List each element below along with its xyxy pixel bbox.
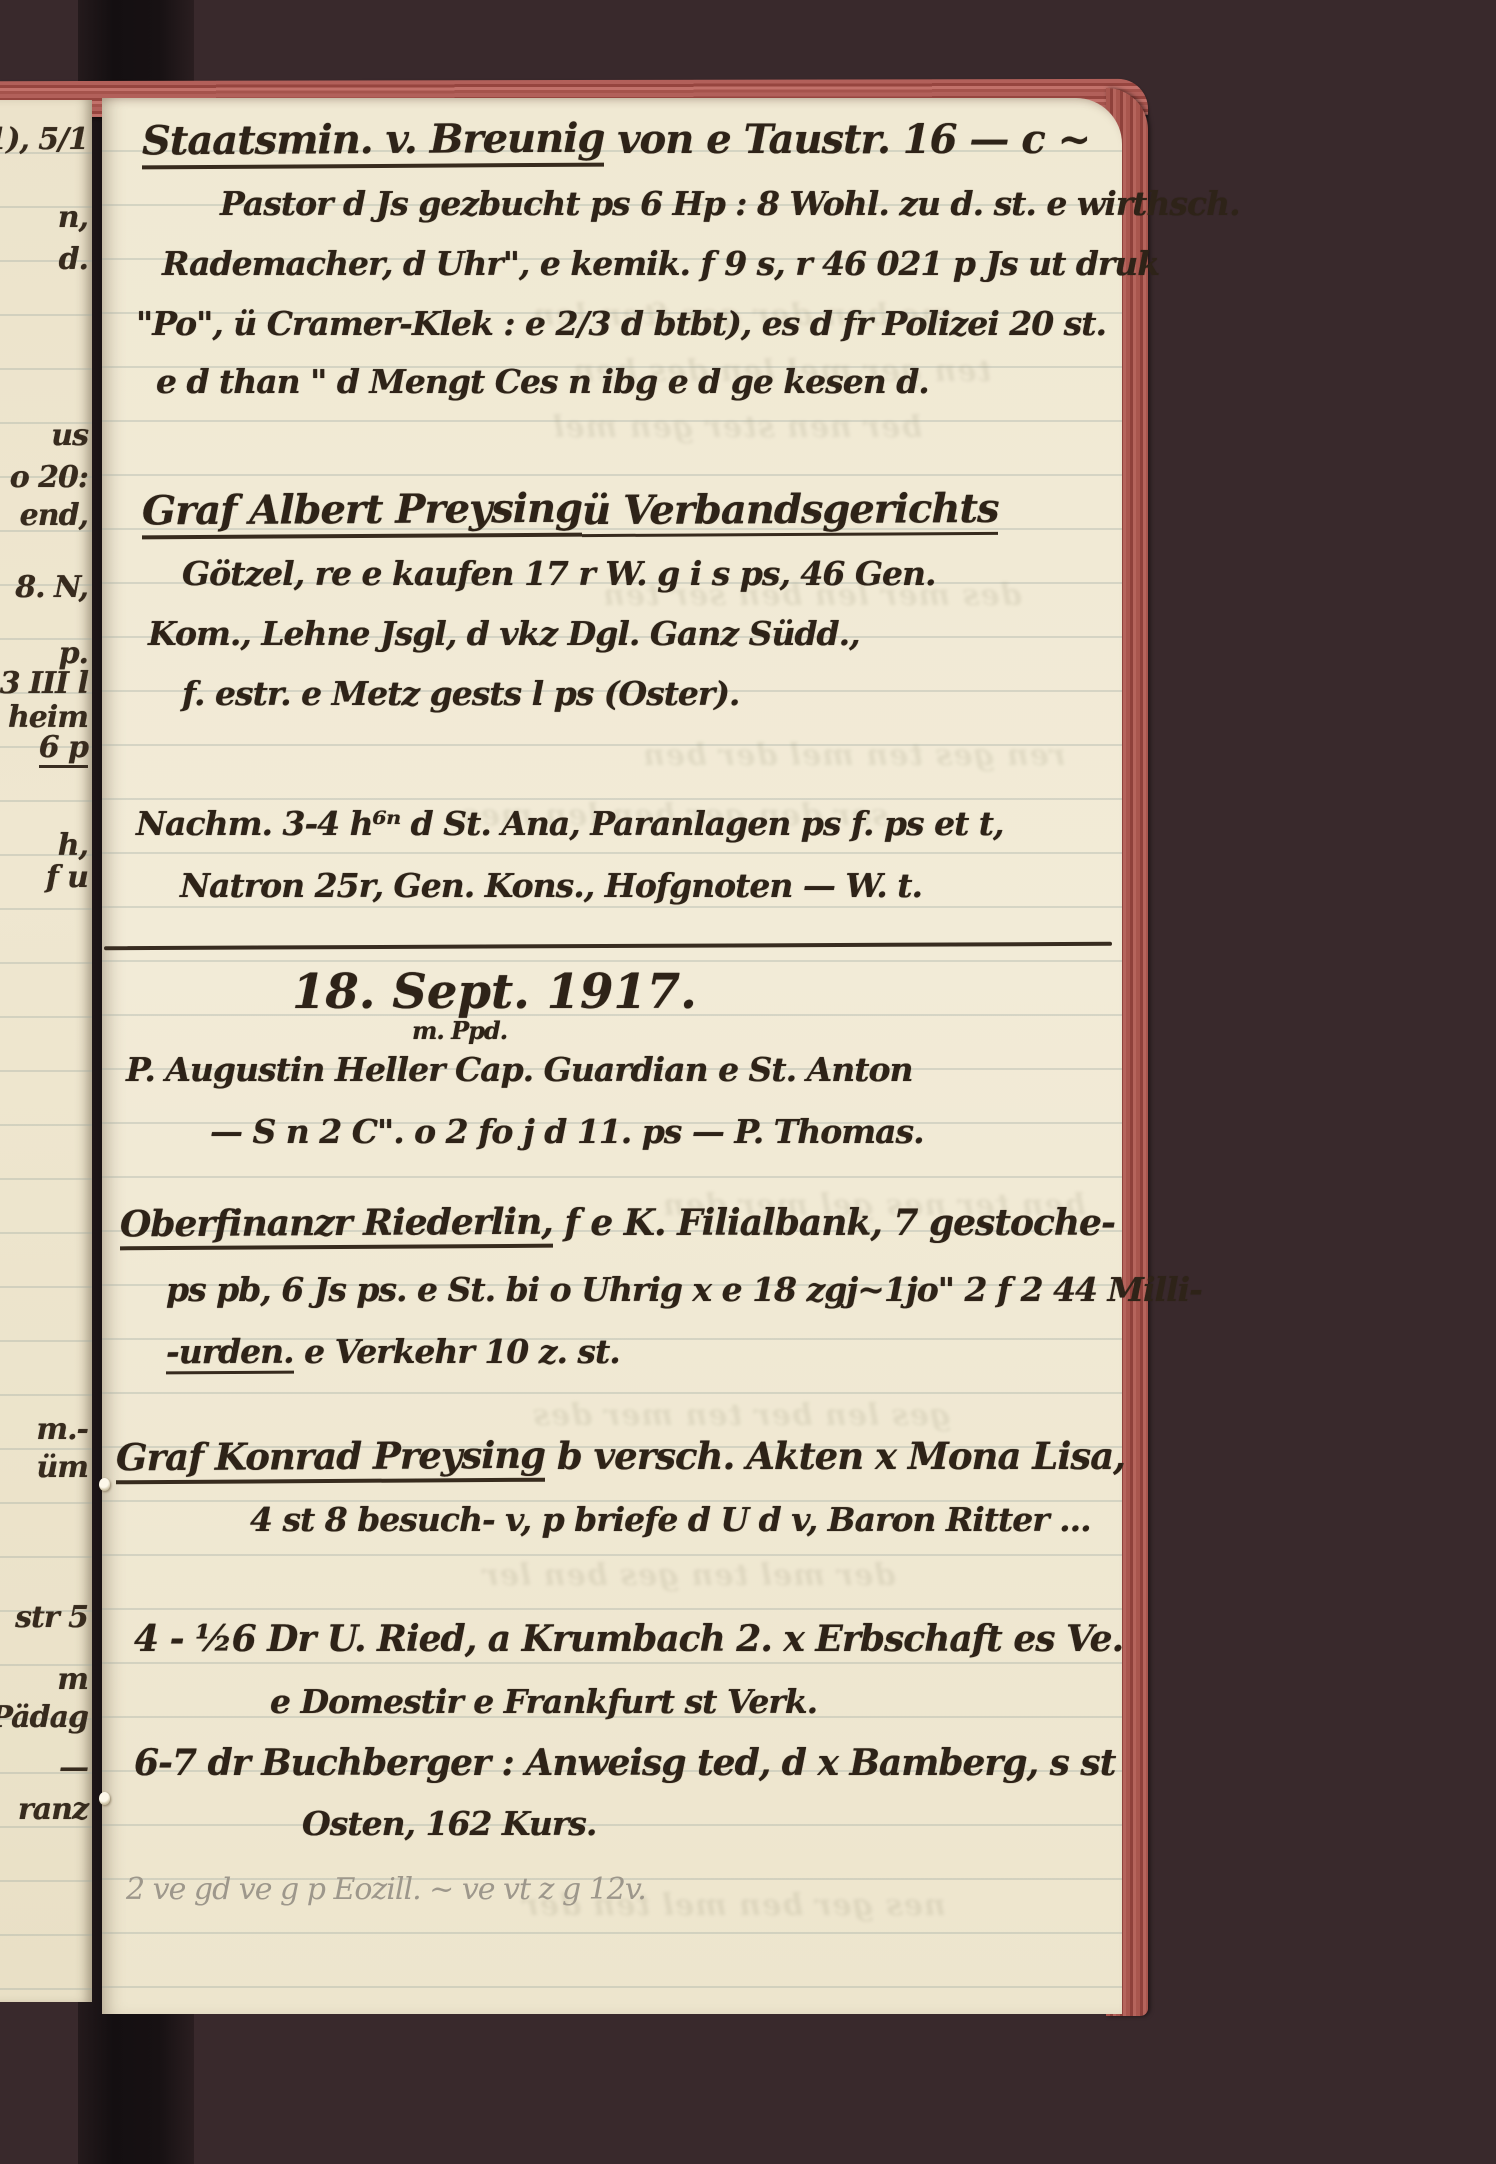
handwriting-line: Natron 25r, Gen. Kons., Hofgnoten — W. t…: [180, 866, 922, 905]
margin-fragment: h,: [58, 828, 88, 863]
margin-fragment: o 20:: [10, 460, 88, 495]
entry-riederlin-heading: Oberfinanzr Riederlin, f e K. Filialbank…: [120, 1202, 1115, 1249]
entry-konrad-preysing-name: Graf Konrad Preysing: [116, 1433, 545, 1485]
handwriting-line: Osten, 162 Kurs.: [302, 1804, 596, 1843]
margin-fragment: m.-: [36, 1412, 88, 1447]
entry-albert-preysing-heading: Graf Albert Preysing ü Verbandsgerichts: [142, 486, 999, 538]
entry-staatsmin-name: Staatsmin. v. Breunig: [142, 115, 604, 170]
handwriting-line: f. estr. e Metz gests l ps (Oster).: [182, 674, 739, 713]
handwriting-line: "Po", ü Cramer-Klek : e 2/3 d btbt), es …: [136, 304, 1106, 343]
entry-staatsmin-heading-rest: von e Taustr. 16 — c ~: [604, 116, 1090, 163]
entry-albert-preysing-heading-rest: ü Verbandsgerichts: [582, 485, 998, 537]
margin-fragment: str 5: [15, 1600, 88, 1635]
pencil-note: 2 ve gd ve g p Eozill. ~ ve vt z g 12v.: [126, 1872, 646, 1907]
ghost-text: ges len ber ten mer des: [532, 1398, 951, 1433]
handwriting-line: 4 - ½6 Dr U. Ried, a Krumbach 2. x Erbsc…: [134, 1618, 1123, 1660]
punch-hole: [99, 1478, 110, 1491]
margin-fragment: f u: [46, 860, 88, 895]
margin-fragment: 8. N,: [15, 570, 88, 605]
handwriting-line: 6-7 dr Buchberger : Anweisg ted, d x Bam…: [134, 1742, 1115, 1784]
margin-fragment: m: [57, 1662, 88, 1697]
handwriting-line: 4 st 8 besuch- v, p briefe d U d v, Baro…: [250, 1500, 1091, 1539]
entry-riederlin-name: Oberfinanzr Riederlin,: [120, 1201, 553, 1251]
margin-fragment: 1), 5/1: [0, 122, 88, 157]
margin-fragment: n,: [58, 200, 88, 235]
margin-fragment: üm: [36, 1450, 88, 1485]
handwriting-line: e Domestir e Frankfurt st Verk.: [270, 1682, 817, 1721]
underlined-word: -urden.: [166, 1332, 294, 1375]
margin-fragment: 6 p: [39, 730, 88, 768]
previous-page-edge: 1), 5/1 n, d. us o 20: end, 8. N, p. 23 …: [0, 100, 92, 2002]
handwriting-line: e d than " d Mengt Ces n ibg e d ge kese…: [156, 362, 929, 401]
entry-konrad-preysing-heading-rest: b versch. Akten x Mona Lisa,: [545, 1434, 1125, 1478]
ghost-text: ren ges ten mel der ben: [642, 738, 1066, 773]
handwriting-line: Götzel, re e kaufen 17 r W. g i s ps, 46…: [182, 554, 936, 593]
handwriting-line: ps pb, 6 Js ps. e St. bi o Uhrig x e 18 …: [166, 1270, 1202, 1309]
handwriting-line: Kom., Lehne Jsgl, d vkz Dgl. Ganz Südd.,: [148, 614, 860, 653]
entry-staatsmin-heading: Staatsmin. v. Breunig von e Taustr. 16 —…: [142, 116, 1090, 168]
handwriting-line: Rademacher, d Uhr", e kemik. f 9 s, r 46…: [162, 244, 1159, 283]
margin-fragment: Pädag: [0, 1700, 88, 1735]
entry-riederlin-heading-rest: f e K. Filialbank, 7 gestoche-: [553, 1202, 1115, 1244]
line-rest: e Verkehr 10 z. st.: [294, 1332, 620, 1371]
handwriting-line: P. Augustin Heller Cap. Guardian e St. A…: [126, 1050, 912, 1089]
handwriting-line: -urden. e Verkehr 10 z. st.: [166, 1332, 620, 1374]
diary-page: me ben der ges ften len ten ger mel len …: [102, 98, 1122, 2014]
handwriting-line: — S n 2 C". o 2 fo j d 11. ps — P. Thoma…: [210, 1112, 924, 1151]
entry-konrad-preysing-heading: Graf Konrad Preysing b versch. Akten x M…: [116, 1434, 1125, 1483]
margin-fragment: ranz: [18, 1792, 88, 1827]
margin-fragment: d.: [59, 242, 88, 277]
margin-fragment: 23 III l: [0, 666, 88, 701]
ghost-text: ber nen ster gen mel: [552, 410, 922, 445]
punch-hole: [99, 1792, 110, 1805]
superscript-note: m. Ppd.: [412, 1016, 507, 1045]
margin-fragment: us: [51, 418, 88, 453]
date-heading: 18. Sept. 1917.: [292, 964, 697, 1020]
handwriting-line: Pastor d Js gezbucht ps 6 Hp : 8 Wohl. z…: [220, 184, 1240, 223]
handwriting-line: Nachm. 3-4 h⁶ⁿ d St. Ana, Paranlagen ps …: [136, 804, 1004, 843]
ghost-text: der mel ten ges ben ler: [482, 1558, 895, 1593]
entry-albert-preysing-name: Graf Albert Preysing: [142, 485, 582, 540]
notebook-scan: 1), 5/1 n, d. us o 20: end, 8. N, p. 23 …: [0, 0, 1496, 2164]
margin-fragment: —: [59, 1750, 88, 1785]
margin-fragment: end,: [20, 498, 88, 533]
